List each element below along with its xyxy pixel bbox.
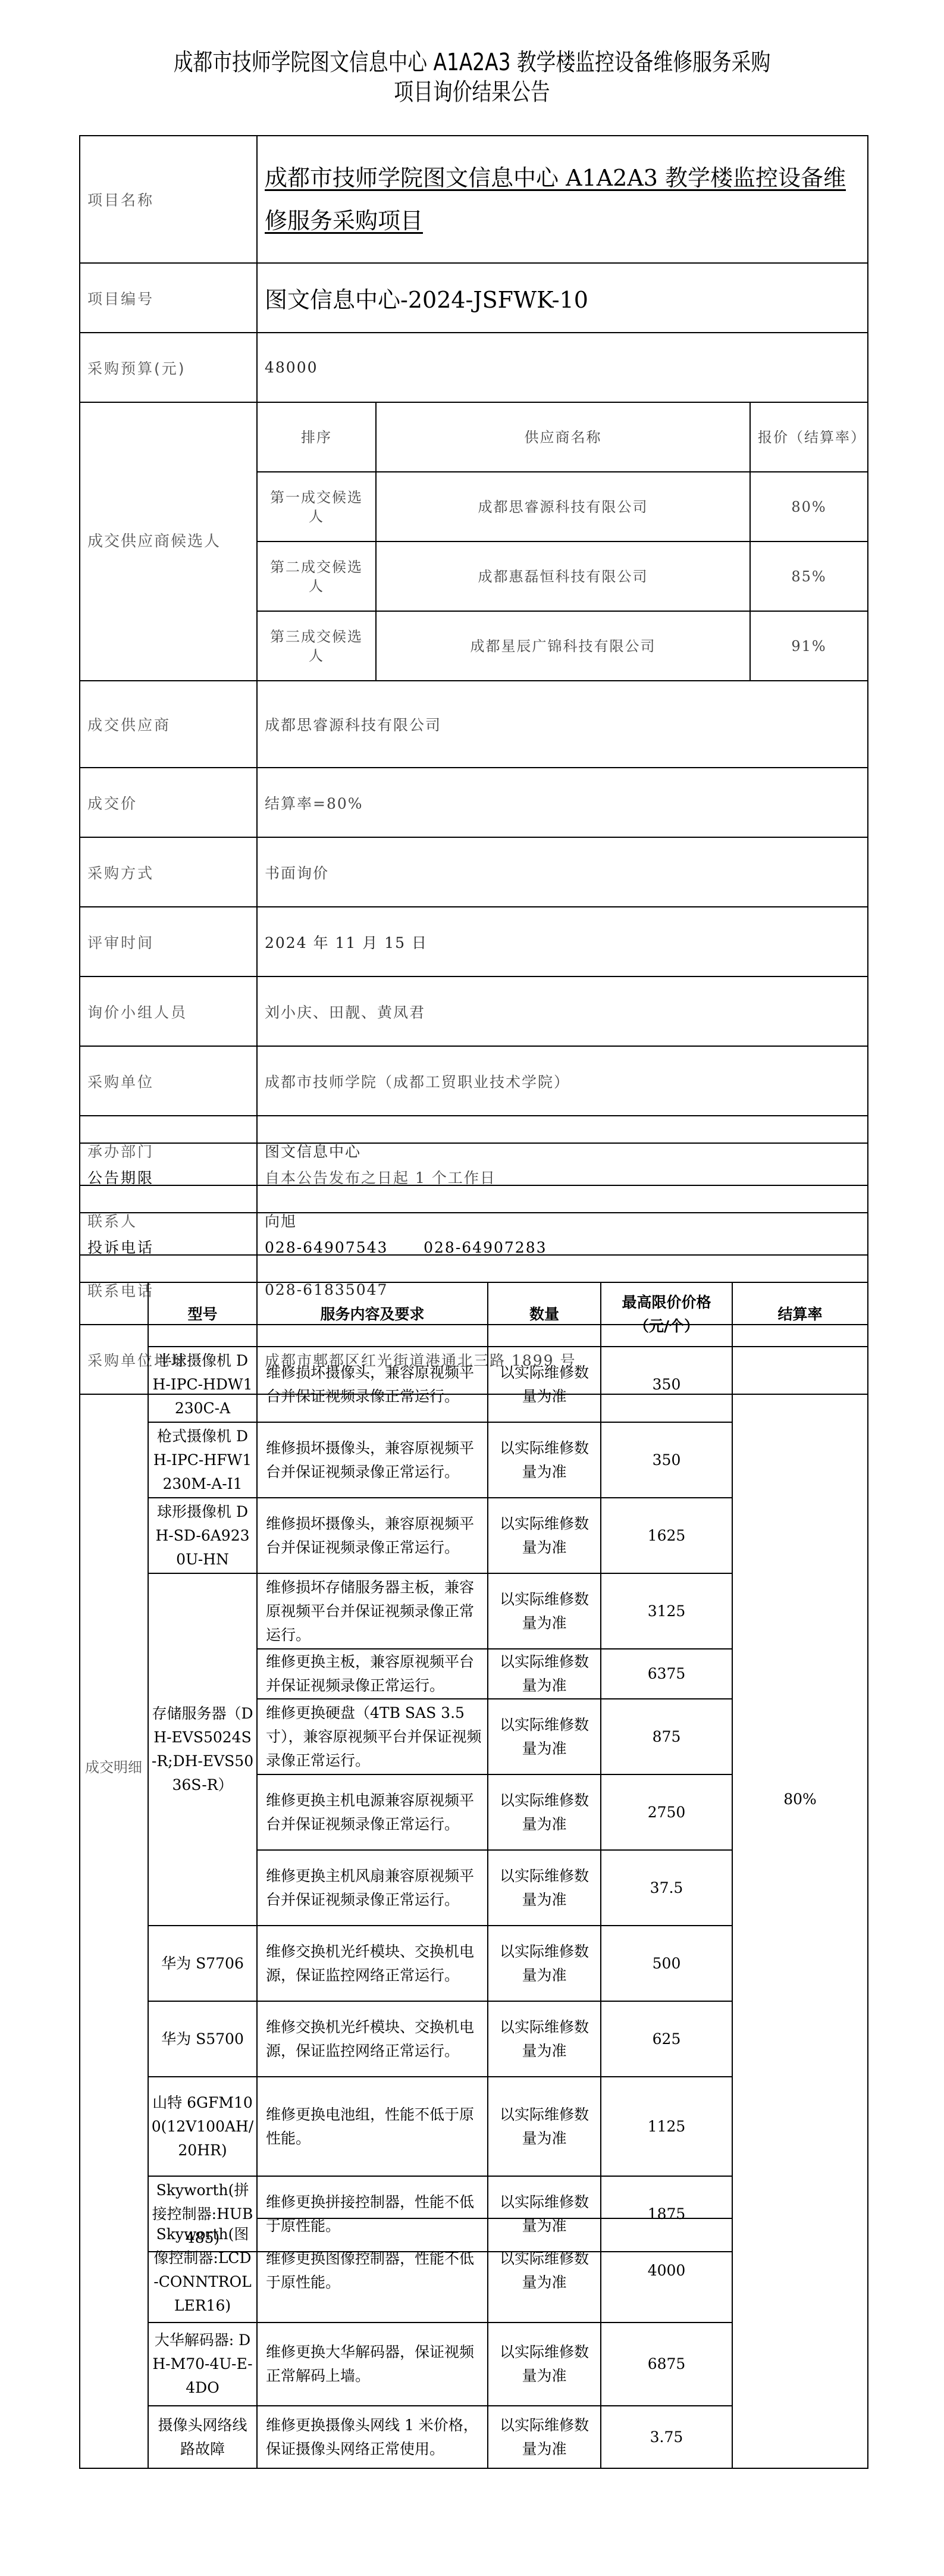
row-deal-price: 成交价 结算率=80% [80, 768, 868, 837]
detail-model: 华为 S7706 [148, 1926, 257, 2001]
qty-header: 数量 [488, 1282, 601, 1347]
detail-price: 625 [601, 2001, 732, 2077]
details-label-continued [80, 2218, 148, 2468]
notice-period-value: 自本公告发布之日起 1 个工作日 [257, 1143, 868, 1213]
detail-service: 维修交换机光纤模块、交换机电源，保证监控网络正常运行。 [257, 2001, 488, 2077]
detail-service: 维修交换机光纤模块、交换机电源，保证监控网络正常运行。 [257, 1926, 488, 2001]
detail-price: 1125 [601, 2077, 732, 2176]
detail-model: 山特 6GFM100(12V100AH/20HR) [148, 2077, 257, 2176]
detail-price: 6875 [601, 2323, 732, 2406]
candidate-rank: 第二成交候选人 [257, 542, 376, 611]
row-notice-period: 公告期限 自本公告发布之日起 1 个工作日 [80, 1143, 868, 1213]
row-panel: 询价小组人员 刘小庆、田靓、黄凤君 [80, 976, 868, 1046]
candidate-rank: 第一成交候选人 [257, 472, 376, 542]
method-label: 采购方式 [80, 837, 257, 907]
detail-model: 球形摄像机 DH-SD-6A9230U-HN [148, 1498, 257, 1573]
detail-service: 维修损坏摄像头，兼容原视频平台并保证视频录像正常运行。 [257, 1347, 488, 1422]
row-complaint-phone: 投诉电话 028-64907543 028-64907283 [80, 1213, 868, 1282]
review-time-label: 评审时间 [80, 907, 257, 976]
row-project-name: 项目名称 成都市技师学院图文信息中心 A1A2A3 教学楼监控设备维修服务采购项… [80, 136, 868, 263]
detail-qty: 以实际维修数量为准 [488, 1422, 601, 1498]
details-table-continued: Skyworth(图像控制器:LCD-CONNTROLLER16) 维修更换图像… [79, 2218, 868, 2469]
candidate-supplier: 成都惠磊恒科技有限公司 [376, 542, 750, 611]
detail-price: 350 [601, 1422, 732, 1498]
candidate-supplier: 成都思睿源科技有限公司 [376, 472, 750, 542]
budget-value: 48000 [257, 333, 868, 402]
detail-price: 3125 [601, 1573, 732, 1649]
detail-qty: 以实际维修数量为准 [488, 2218, 601, 2323]
detail-qty: 以实际维修数量为准 [488, 2406, 601, 2468]
candidates-header-row: 成交供应商候选人 排序 供应商名称 报价（结算率） [80, 402, 868, 472]
detail-model: Skyworth(图像控制器:LCD-CONNTROLLER16) [148, 2218, 257, 2323]
winner-value: 成都思睿源科技有限公司 [257, 681, 868, 768]
complaint-phone-value: 028-64907543 028-64907283 [257, 1213, 868, 1282]
candidate-rank: 第三成交候选人 [257, 611, 376, 681]
detail-rate: 80% [732, 1347, 868, 2252]
detail-qty: 以实际维修数量为准 [488, 1573, 601, 1649]
review-time-value: 2024 年 11 月 15 日 [257, 907, 868, 976]
detail-model: 摄像头网络线路故障 [148, 2406, 257, 2468]
detail-price: 6375 [601, 1649, 732, 1699]
candidate-quote: 91% [750, 611, 868, 681]
details-table: 公告期限 自本公告发布之日起 1 个工作日 投诉电话 028-64907543 … [79, 1143, 868, 2252]
detail-qty: 以实际维修数量为准 [488, 1498, 601, 1573]
details-header-row: 成交明细 型号 服务内容及要求 数量 最高限价价格（元/个） 结算率 [80, 1282, 868, 1347]
title-line-2: 项目询价结果公告 [85, 77, 859, 107]
detail-service: 维修更换大华解码器，保证视频正常解码上墙。 [257, 2323, 488, 2406]
candidate-quote: 80% [750, 472, 868, 542]
winner-label: 成交供应商 [80, 681, 257, 768]
row-purchaser: 采购单位 成都市技师学院（成都工贸职业技术学院） [80, 1046, 868, 1116]
detail-service: 维修损坏存储服务器主板，兼容原视频平台并保证视频录像正常运行。 [257, 1573, 488, 1649]
price-header: 最高限价价格（元/个） [601, 1282, 732, 1347]
detail-service: 维修更换硬盘（4TB SAS 3.5 寸），兼容原视频平台并保证视频录像正常运行… [257, 1699, 488, 1774]
quote-header: 报价（结算率） [750, 402, 868, 472]
detail-qty: 以实际维修数量为准 [488, 1347, 601, 1422]
page-title: 成都市技师学院图文信息中心 A1A2A3 教学楼监控设备维修服务采购 项目询价结… [85, 48, 859, 107]
detail-price: 875 [601, 1699, 732, 1774]
project-no-label: 项目编号 [80, 263, 257, 333]
detail-service: 维修更换图像控制器，性能不低于原性能。 [257, 2218, 488, 2323]
candidate-supplier: 成都星辰广锦科技有限公司 [376, 611, 750, 681]
detail-qty: 以实际维修数量为准 [488, 1850, 601, 1926]
detail-price: 4000 [601, 2218, 732, 2323]
detail-qty: 以实际维修数量为准 [488, 2077, 601, 2176]
purchaser-label: 采购单位 [80, 1046, 257, 1116]
panel-value: 刘小庆、田靓、黄凤君 [257, 976, 868, 1046]
purchaser-value: 成都市技师学院（成都工贸职业技术学院） [257, 1046, 868, 1116]
detail-price: 2750 [601, 1774, 732, 1850]
detail-service: 维修损坏摄像头，兼容原视频平台并保证视频录像正常运行。 [257, 1422, 488, 1498]
supplier-header: 供应商名称 [376, 402, 750, 472]
detail-model: 半球摄像机 DH-IPC-HDW1230C-A [148, 1347, 257, 1422]
title-line-1: 成都市技师学院图文信息中心 A1A2A3 教学楼监控设备维修服务采购 [85, 48, 859, 77]
project-name-value: 成都市技师学院图文信息中心 A1A2A3 教学楼监控设备维修服务采购项目 [257, 136, 868, 263]
detail-price: 350 [601, 1347, 732, 1422]
detail-price: 37.5 [601, 1850, 732, 1926]
panel-label: 询价小组人员 [80, 976, 257, 1046]
detail-service: 维修损坏摄像头，兼容原视频平台并保证视频录像正常运行。 [257, 1498, 488, 1573]
details-label: 成交明细 [80, 1282, 148, 2252]
detail-service: 维修更换主机风扇兼容原视频平台并保证视频录像正常运行。 [257, 1850, 488, 1926]
row-winner: 成交供应商 成都思睿源科技有限公司 [80, 681, 868, 768]
rate-header: 结算率 [732, 1282, 868, 1347]
detail-rate-continued [732, 2218, 868, 2468]
candidate-quote: 85% [750, 542, 868, 611]
model-header: 型号 [148, 1282, 257, 1347]
detail-service: 维修更换主板，兼容原视频平台并保证视频录像正常运行。 [257, 1649, 488, 1699]
detail-qty: 以实际维修数量为准 [488, 1774, 601, 1850]
detail-service: 维修更换主机电源兼容原视频平台并保证视频录像正常运行。 [257, 1774, 488, 1850]
budget-label: 采购预算(元) [80, 333, 257, 402]
detail-price: 3.75 [601, 2406, 732, 2468]
detail-model: 枪式摄像机 DH-IPC-HFW1230M-A-I1 [148, 1422, 257, 1498]
detail-model: 华为 S5700 [148, 2001, 257, 2077]
detail-qty: 以实际维修数量为准 [488, 2001, 601, 2077]
detail-row: Skyworth(图像控制器:LCD-CONNTROLLER16) 维修更换图像… [80, 2218, 868, 2323]
detail-qty: 以实际维修数量为准 [488, 1649, 601, 1699]
detail-qty: 以实际维修数量为准 [488, 1926, 601, 2001]
detail-model: 存储服务器（DH-EVS5024S-R;DH-EVS5036S-R） [148, 1573, 257, 1926]
detail-row: 半球摄像机 DH-IPC-HDW1230C-A 维修损坏摄像头，兼容原视频平台并… [80, 1347, 868, 1422]
service-header: 服务内容及要求 [257, 1282, 488, 1347]
detail-price: 500 [601, 1926, 732, 2001]
detail-service: 维修更换摄像头网线 1 米价格，保证摄像头网络正常使用。 [257, 2406, 488, 2468]
project-no-value: 图文信息中心-2024-JSFWK-10 [257, 263, 868, 333]
deal-price-value: 结算率=80% [257, 768, 868, 837]
row-review-time: 评审时间 2024 年 11 月 15 日 [80, 907, 868, 976]
detail-service: 维修更换电池组，性能不低于原性能。 [257, 2077, 488, 2176]
detail-qty: 以实际维修数量为准 [488, 2323, 601, 2406]
complaint-phone-label: 投诉电话 [80, 1213, 257, 1282]
candidates-label: 成交供应商候选人 [80, 402, 257, 681]
notice-period-label: 公告期限 [80, 1143, 257, 1213]
detail-model: 大华解码器: DH-M70-4U-E-4DO [148, 2323, 257, 2406]
row-project-no: 项目编号 图文信息中心-2024-JSFWK-10 [80, 263, 868, 333]
row-method: 采购方式 书面询价 [80, 837, 868, 907]
detail-price: 1625 [601, 1498, 732, 1573]
row-budget: 采购预算(元) 48000 [80, 333, 868, 402]
deal-price-label: 成交价 [80, 768, 257, 837]
project-name-label: 项目名称 [80, 136, 257, 263]
detail-qty: 以实际维修数量为准 [488, 1699, 601, 1774]
rank-header: 排序 [257, 402, 376, 472]
method-value: 书面询价 [257, 837, 868, 907]
